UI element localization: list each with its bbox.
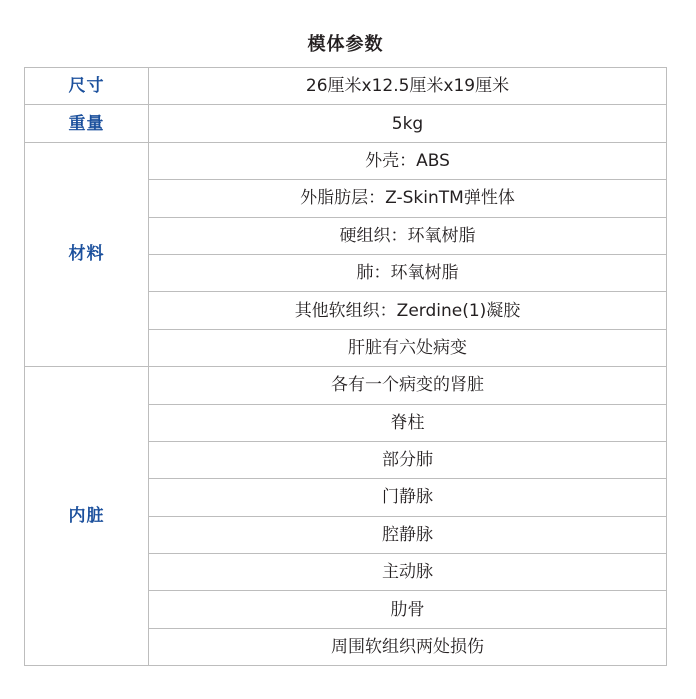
row-label-materials: 材料 (25, 142, 149, 366)
organ-item: 肋骨 (149, 591, 667, 628)
table-row-materials: 材料 外壳：ABS (25, 142, 667, 179)
size-value: 26厘米x12.5厘米x19厘米 (149, 68, 667, 105)
organ-item: 脊柱 (149, 404, 667, 441)
weight-value: 5kg (149, 105, 667, 142)
material-item: 外脂肪层：Z-SkinTM弹性体 (149, 180, 667, 217)
organ-item: 门静脉 (149, 479, 667, 516)
organ-item: 周围软组织两处损伤 (149, 628, 667, 665)
material-item: 硬组织：环氧树脂 (149, 217, 667, 254)
organ-item: 部分肺 (149, 441, 667, 478)
material-item: 肺：环氧树脂 (149, 254, 667, 291)
page-title: 模体参数 (24, 33, 667, 57)
table-row-weight: 重量 5kg (25, 105, 667, 142)
table-row-organs: 内脏 各有一个病变的肾脏 (25, 367, 667, 404)
row-label-weight: 重量 (25, 105, 149, 142)
row-label-size: 尺寸 (25, 68, 149, 105)
organ-item: 腔静脉 (149, 516, 667, 553)
material-item: 肝脏有六处病变 (149, 329, 667, 366)
material-item: 其他软组织：Zerdine(1)凝胶 (149, 292, 667, 329)
table-row-size: 尺寸 26厘米x12.5厘米x19厘米 (25, 68, 667, 105)
phantom-parameters-table: 尺寸 26厘米x12.5厘米x19厘米 重量 5kg 材料 外壳：ABS 外脂肪… (24, 67, 667, 666)
organ-item: 主动脉 (149, 554, 667, 591)
organ-item: 各有一个病变的肾脏 (149, 367, 667, 404)
material-item: 外壳：ABS (149, 142, 667, 179)
row-label-organs: 内脏 (25, 367, 149, 666)
